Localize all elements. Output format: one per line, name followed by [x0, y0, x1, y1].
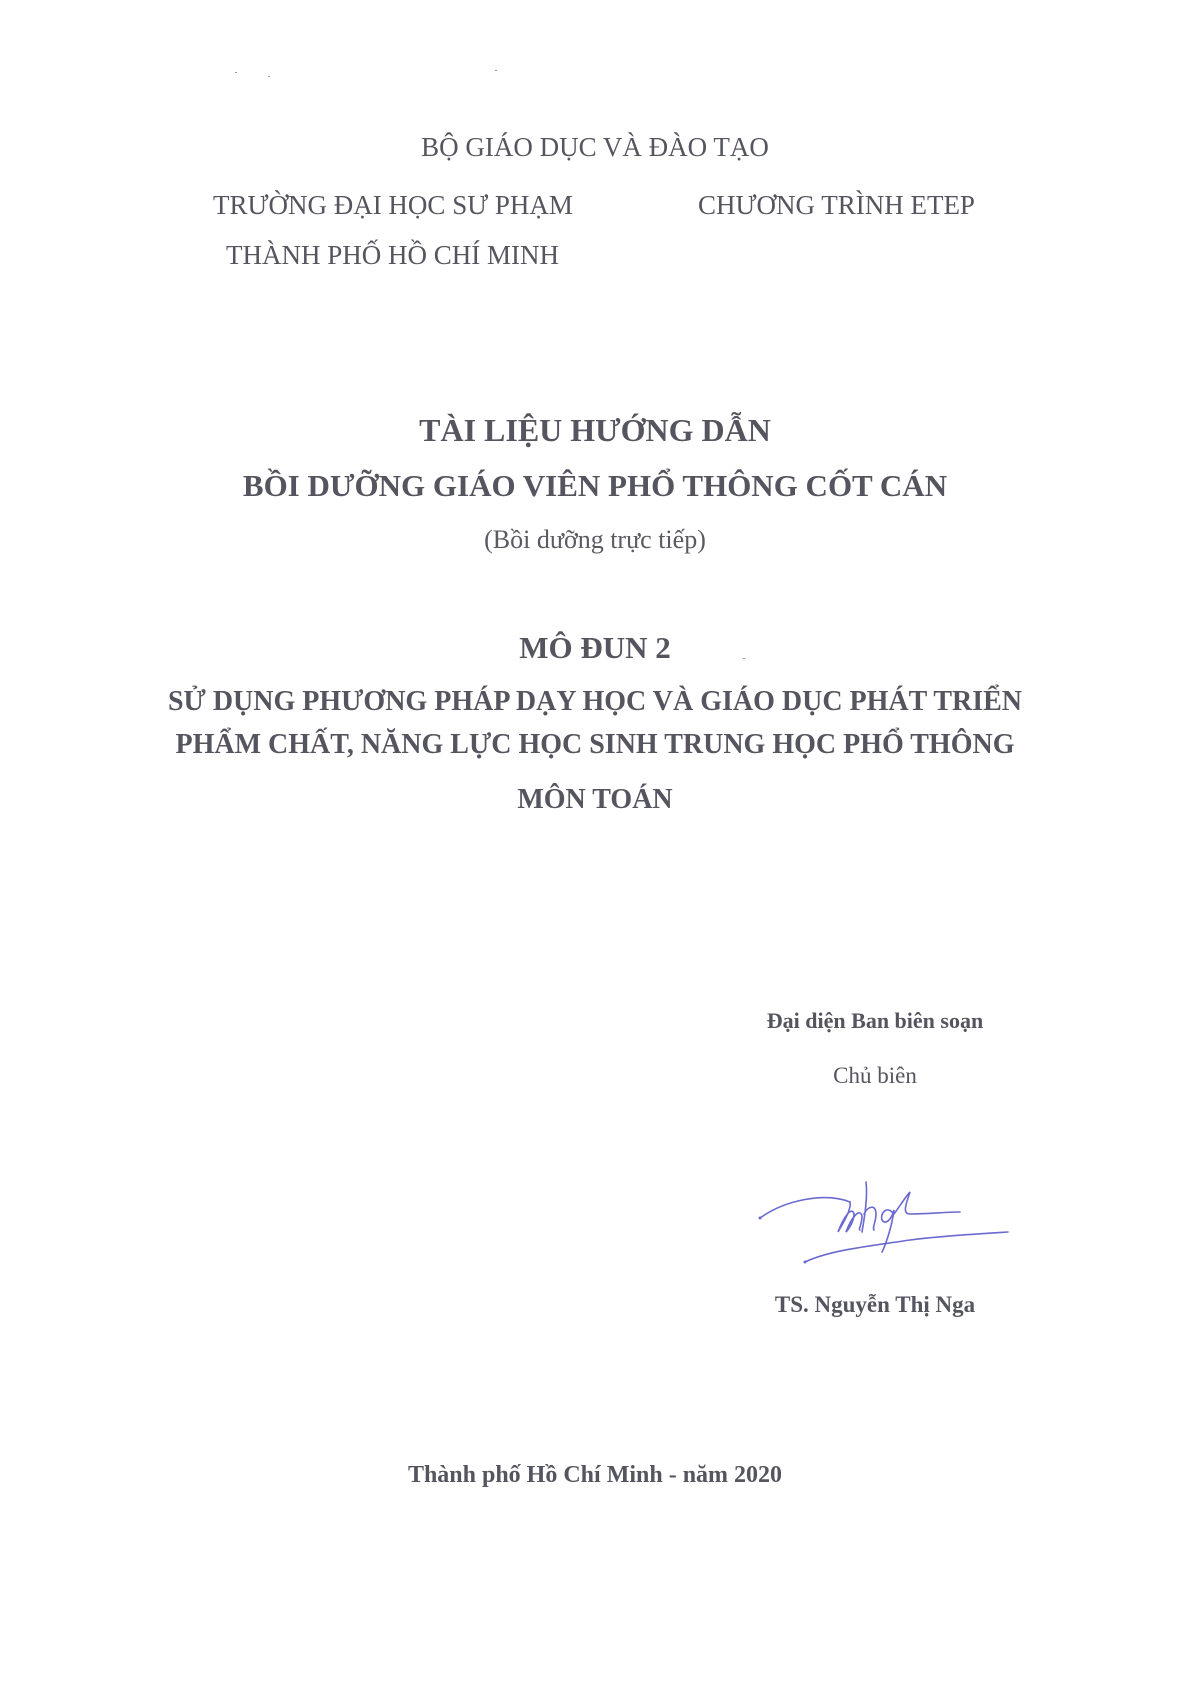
university-name-line1: TRƯỜNG ĐẠI HỌC SƯ PHẠM — [213, 190, 573, 221]
university-name-line2: THÀNH PHỐ HỒ CHÍ MINH — [226, 240, 559, 271]
ministry-name: BỘ GIÁO DỤC VÀ ĐÀO TẠO — [0, 132, 1190, 163]
author-name: TS. Nguyễn Thị Nga — [700, 1292, 1050, 1318]
signature-image — [740, 1170, 1020, 1270]
training-mode: (Bồi dưỡng trực tiếp) — [0, 525, 1190, 555]
representative-label: Đại diện Ban biên soạn — [700, 1008, 1050, 1034]
program-name: CHƯƠNG TRÌNH ETEP — [698, 190, 975, 221]
document-subtitle: BỒI DƯỠNG GIÁO VIÊN PHỔ THÔNG CỐT CÁN — [0, 468, 1190, 504]
document-title: TÀI LIỆU HƯỚNG DẪN — [0, 412, 1190, 449]
module-title-line1: SỬ DỤNG PHƯƠNG PHÁP DẠY HỌC VÀ GIÁO DỤC … — [0, 686, 1190, 718]
scan-speck — [235, 72, 237, 73]
scan-speck — [268, 76, 270, 77]
module-number: MÔ ĐUN 2 — [0, 630, 1190, 666]
module-title-line2: PHẨM CHẤT, NĂNG LỰC HỌC SINH TRUNG HỌC P… — [0, 729, 1190, 761]
subject-name: MÔN TOÁN — [0, 784, 1190, 816]
scan-speck — [743, 658, 745, 659]
editor-role: Chủ biên — [700, 1063, 1050, 1089]
place-and-year: Thành phố Hồ Chí Minh - năm 2020 — [0, 1462, 1190, 1489]
scan-speck — [495, 70, 497, 71]
